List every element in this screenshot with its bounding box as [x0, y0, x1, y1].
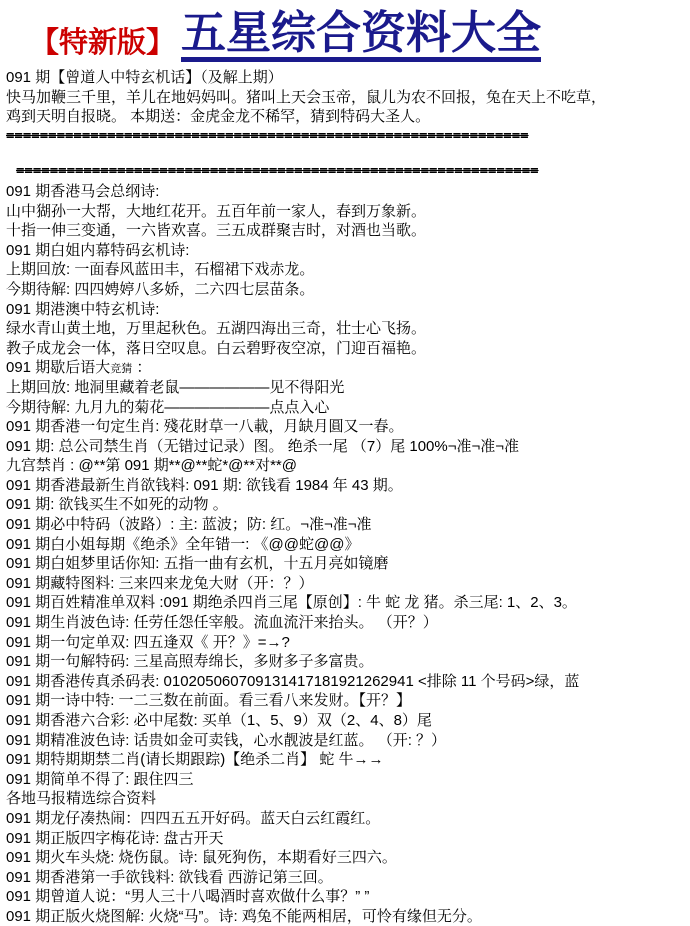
divider-line: ========================================… — [6, 127, 686, 147]
text-line: 091 期精准波色诗: 话贵如金可卖钱，心水靓波是红蓝。 （开: ？） — [6, 731, 686, 751]
text-line: 山中猢孙一大帮，大地红花开。五百年前一家人，春到万象新。 — [6, 202, 686, 222]
text-line: 091 期白姐梦里话你知: 五指一曲有玄机，十五月亮如镜磨 — [6, 554, 686, 574]
page-header: 【特新版】 五星综合资料大全 — [2, 2, 690, 62]
divider-line: ========================================… — [6, 162, 686, 182]
text-line: 091 期百姓精准单双料 :091 期绝杀四肖三尾【原创】: 牛 蛇 龙 猪。杀… — [6, 593, 686, 613]
text-segment: ： — [132, 359, 151, 376]
text-line: 九宫禁肖 : @**第 091 期**@**蛇*@**对**@ — [6, 456, 686, 476]
text-line: 091 期【曾道人中特玄机话】（及解上期） — [6, 68, 686, 88]
text-line: 091 期龙仔凑热闹：四四五五开好码。蓝天白云红霞红。 — [6, 809, 686, 829]
text-line: 091 期火车头烧: 烧伤鼠。诗: 鼠死狗伤，本期看好三四六。 — [6, 848, 686, 868]
text-line: 091 期特期期禁二肖(请长期跟踪)【绝杀二肖】 蛇 牛→→ — [6, 750, 686, 770]
text-line: 091 期正版四字梅花诗: 盘古开天 — [6, 829, 686, 849]
lottery-info-page: 【特新版】 五星综合资料大全 091 期【曾道人中特玄机话】（及解上期）快马加鞭… — [0, 0, 690, 926]
text-line: 091 期生肖波色诗: 任劳任怨任宰般。流血流汗来抬头。 （开？） — [6, 613, 686, 633]
text-line: 091 期曾道人说：“男人三十八喝酒时喜欢做什么事？” ” — [6, 887, 686, 907]
text-segment: 091 期歇后语大 — [6, 359, 110, 376]
text-line: 091 期香港一句定生肖: 殘花財草一八載，月缺月圓又一春。 — [6, 417, 686, 437]
text-line: 091 期香港最新生肖欲钱料: 091 期: 欲钱看 1984 年 43 期。 — [6, 476, 686, 496]
text-line: 091 期歇后语大竞猜 ： — [6, 358, 686, 378]
text-line: 091 期香港六合彩: 必中尾数: 买单（1、5、9）双（2、4、8）尾 — [6, 711, 686, 731]
text-line: 091 期一句解特码: 三星高照寿绵长，多财多子多富贵。 — [6, 652, 686, 672]
blank-line — [6, 146, 686, 162]
text-line: 教子成龙会一体，落日空叹息。白云碧野夜空凉，门迎百福艳。 — [6, 339, 686, 359]
text-line: 091 期香港第一手欲钱料: 欲钱看 西游记第三回。 — [6, 868, 686, 888]
text-line: 091 期必中特码（波路）: 主: 蓝波；防: 红。¬准¬准¬准 — [6, 515, 686, 535]
text-line: 上期回放: 地洞里藏着老鼠——————见不得阳光 — [6, 378, 686, 398]
text-line: 091 期香港马会总纲诗: — [6, 182, 686, 202]
text-line: 091 期正版火烧图解: 火烧“马”。诗: 鸡兔不能两相居，可怜有缘但无分。 — [6, 907, 686, 926]
text-segment: 竞猜 — [110, 363, 132, 375]
text-line: 091 期一诗中特: 一二三数在前面。看三看八来发财。【开？】 — [6, 691, 686, 711]
page-title: 五星综合资料大全 — [181, 11, 541, 62]
text-line: 各地马报精选综合资料 — [6, 789, 686, 809]
text-line: 091 期藏特图料: 三来四来龙兔大财（开：？） — [6, 574, 686, 594]
text-line: 091 期简单不得了: 跟住四三 — [6, 770, 686, 790]
text-line: 今期待解: 九月九的菊花———————点点入心 — [6, 398, 686, 418]
text-line: 鸡到天明自报晓。 本期送：金虎金龙不稀罕，猜到特码大圣人。 — [6, 107, 686, 127]
text-line: 快马加鞭三千里，羊儿在地妈妈叫。猪叫上天会玉帝，鼠儿为农不回报，兔在天上不吃草， — [6, 88, 686, 108]
text-line: 今期待解: 四四娉婷八多娇，二六四七层苗条。 — [6, 280, 686, 300]
text-line: 091 期一句定单双: 四五逢双《 开？》=→? — [6, 633, 686, 653]
text-line: 绿水青山黄土地，万里起秋色。五湖四海出三奇，壮士心飞扬。 — [6, 319, 686, 339]
text-line: 091 期白姐内幕特码玄机诗: — [6, 241, 686, 261]
text-line: 091 期香港传真杀码表: 01020506070913141718192126… — [6, 672, 686, 692]
text-line: 091 期: 欲钱买生不如死的动物 。 — [6, 495, 686, 515]
text-line: 十指一伸三变通，一六皆欢喜。三五成群聚吉时，对酒也当歌。 — [6, 221, 686, 241]
content-lines: 091 期【曾道人中特玄机话】（及解上期）快马加鞭三千里，羊儿在地妈妈叫。猪叫上… — [2, 62, 690, 926]
text-line: 上期回放: 一面春风蓝田丰，石榴裙下戏赤龙。 — [6, 260, 686, 280]
edition-tag-label: 【特新版】 — [30, 29, 175, 58]
text-line: 091 期港澳中特玄机诗: — [6, 300, 686, 320]
text-line: 091 期: 总公司禁生肖（无错过记录）图。 绝杀一尾 （7）尾 100%¬准¬… — [6, 437, 686, 457]
text-line: 091 期白小姐每期《绝杀》全年错一: 《@@蛇@@》 — [6, 535, 686, 555]
